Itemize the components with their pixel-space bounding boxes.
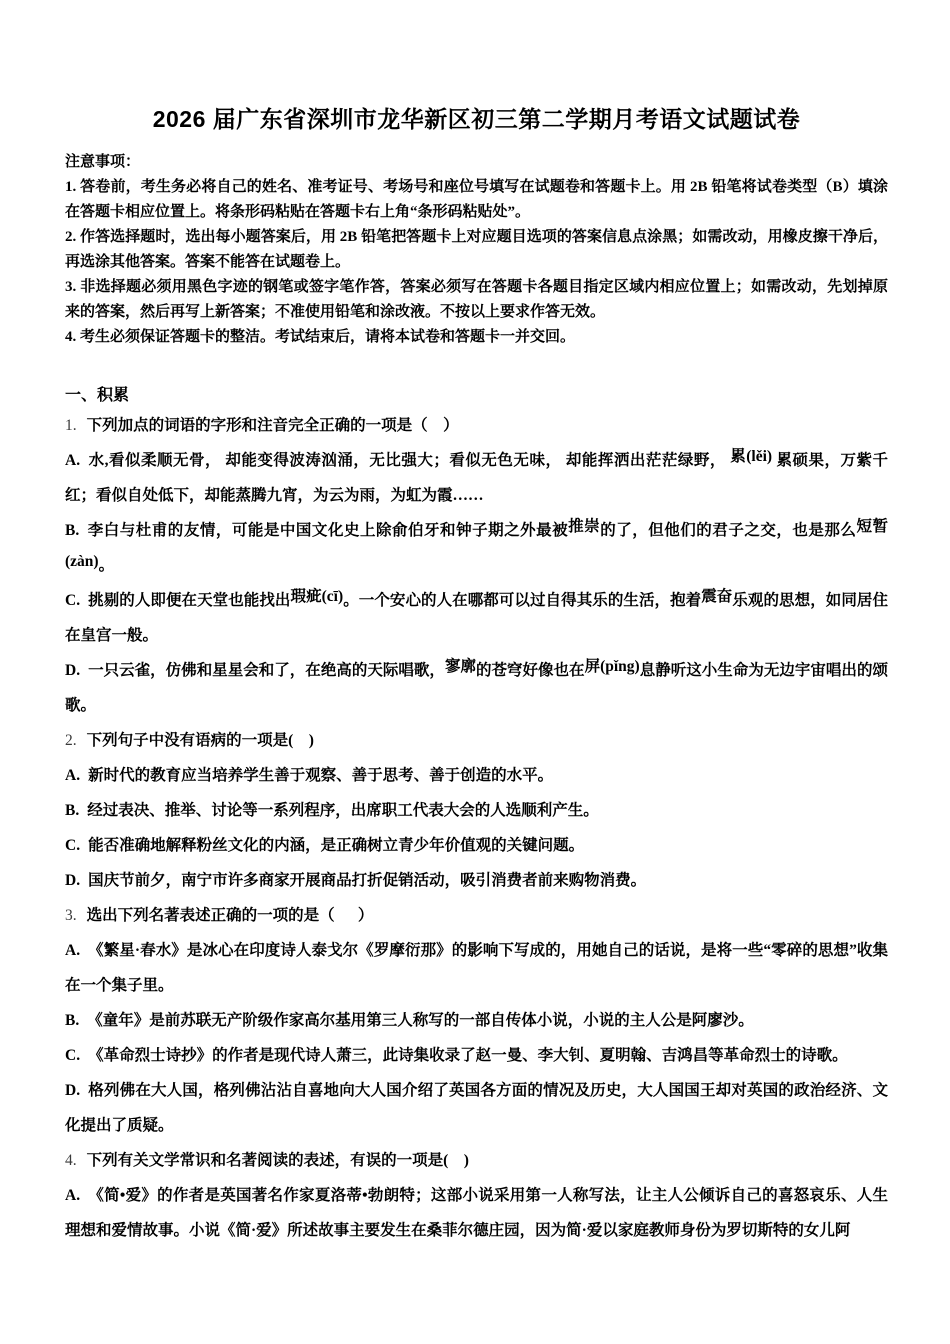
emphasized-word: 累(lěi)	[730, 448, 772, 465]
option-c-label: C.	[65, 592, 80, 609]
question-4: 4.下列有关文学常识和名著阅读的表述，有误的一项是( ) A.《简•爱》的作者是…	[65, 1143, 888, 1248]
question-1-stem-text: 下列加点的词语的字形和注音完全正确的一项是（ ）	[87, 417, 459, 434]
option-text: 《繁星·春水》是冰心在印度诗人泰戈尔《罗摩衍那》的影响下写成的，用她自己的话说，…	[65, 942, 888, 994]
option-b-label: B.	[65, 802, 79, 819]
option-c-label: C.	[65, 1047, 80, 1064]
notice-item-1: 1. 答卷前，考生务必将自己的姓名、准考证号、考场号和座位号填写在试题卷和答题卡…	[65, 175, 888, 225]
option-b-label: B.	[65, 522, 79, 539]
emphasized-word: 屏(pǐng)	[585, 658, 640, 675]
option-text: 新时代的教育应当培养学生善于观察、善于思考、善于创造的水平。	[88, 767, 553, 784]
option-text: 挑剔的人即便在天堂也能找出	[88, 592, 290, 609]
notice-item-3: 3. 非选择题必须用黑色字迹的钢笔或签字笔作答，答案必须写在答题卡各题目指定区域…	[65, 275, 888, 325]
emphasized-word: 震奋	[701, 588, 732, 605]
option-text: 水,看似柔顺无骨， 却能变得波涛汹涌，无比强大；看似无色无味， 却能挥洒出茫茫绿…	[88, 452, 730, 469]
option-a-label: A.	[65, 452, 80, 469]
question-3-stem-text: 选出下列名著表述正确的一项的是（ ）	[87, 907, 374, 924]
emphasized-word: 寥廓	[445, 658, 476, 675]
option-text: 能否准确地解释粉丝文化的内涵，是正确树立青少年价值观的关键问题。	[88, 837, 584, 854]
question-3-number: 3.	[65, 907, 77, 924]
question-2-option-a: A.新时代的教育应当培养学生善于观察、善于思考、善于创造的水平。	[65, 758, 888, 793]
option-text: 一只云雀，仿佛和星星会和了，在绝高的天际唱歌，	[88, 662, 445, 679]
question-2-option-d: D.国庆节前夕，南宁市许多商家开展商品打折促销活动，吸引消费者前来购物消费。	[65, 863, 888, 898]
exam-title: 2026 届广东省深圳市龙华新区初三第二学期月考语文试题试卷	[65, 104, 888, 134]
question-3-option-c: C.《革命烈士诗抄》的作者是现代诗人萧三，此诗集收录了赵一曼、李大钊、夏明翰、吉…	[65, 1038, 888, 1073]
notice-item-2: 2. 作答选择题时，选出每小题答案后，用 2B 铅笔把答题卡上对应题目选项的答案…	[65, 225, 888, 275]
question-2: 2.下列句子中没有语病的一项是( ) A.新时代的教育应当培养学生善于观察、善于…	[65, 723, 888, 898]
option-a-label: A.	[65, 1187, 80, 1204]
option-text: 的苍穹好像也在	[476, 662, 585, 679]
option-text: 《童年》是前苏联无产阶级作家高尔基用第三人称写的一部自传体小说，小说的主人公是阿…	[87, 1012, 754, 1029]
option-text: 经过表决、推举、讨论等一系列程序，出席职工代表大会的人选顺利产生。	[87, 802, 599, 819]
question-1-option-a: A.水,看似柔顺无骨， 却能变得波涛汹涌，无比强大；看似无色无味， 却能挥洒出茫…	[65, 443, 888, 513]
question-1: 1.下列加点的词语的字形和注音完全正确的一项是（ ） A.水,看似柔顺无骨， 却…	[65, 408, 888, 723]
emphasized-word: 瑕疵(cī)	[291, 588, 344, 605]
question-1-option-b: B.李白与杜甫的友情，可能是中国文化史上除俞伯牙和钟子期之外最被推崇的了，但他们…	[65, 513, 888, 583]
question-3-option-a: A.《繁星·春水》是冰心在印度诗人泰戈尔《罗摩衍那》的影响下写成的，用她自己的话…	[65, 933, 888, 1003]
option-text: 国庆节前夕，南宁市许多商家开展商品打折促销活动，吸引消费者前来购物消费。	[88, 872, 646, 889]
question-1-stem: 1.下列加点的词语的字形和注音完全正确的一项是（ ）	[65, 408, 888, 443]
question-3-option-b: B.《童年》是前苏联无产阶级作家高尔基用第三人称写的一部自传体小说，小说的主人公…	[65, 1003, 888, 1038]
option-d-label: D.	[65, 662, 80, 679]
question-2-option-c: C.能否准确地解释粉丝文化的内涵，是正确树立青少年价值观的关键问题。	[65, 828, 888, 863]
question-4-option-a: A.《简•爱》的作者是英国著名作家夏洛蒂•勃朗特；这部小说采用第一人称写法，让主…	[65, 1178, 888, 1248]
option-text: 。	[99, 557, 115, 574]
question-2-stem: 2.下列句子中没有语病的一项是( )	[65, 723, 888, 758]
question-2-stem-text: 下列句子中没有语病的一项是( )	[87, 732, 314, 749]
question-4-stem: 4.下列有关文学常识和名著阅读的表述，有误的一项是( )	[65, 1143, 888, 1178]
question-4-number: 4.	[65, 1152, 77, 1169]
option-text: 。一个安心的人在哪都可以过自得其乐的生活，抱着	[343, 592, 701, 609]
question-2-number: 2.	[65, 732, 77, 749]
question-4-stem-text: 下列有关文学常识和名著阅读的表述，有误的一项是( )	[87, 1152, 469, 1169]
exam-page: 2026 届广东省深圳市龙华新区初三第二学期月考语文试题试卷 注意事项： 1. …	[0, 0, 950, 1344]
option-text: 《简•爱》的作者是英国著名作家夏洛蒂•勃朗特；这部小说采用第一人称写法，让主人公…	[65, 1187, 888, 1239]
question-3: 3.选出下列名著表述正确的一项的是（ ） A.《繁星·春水》是冰心在印度诗人泰戈…	[65, 898, 888, 1143]
option-d-label: D.	[65, 872, 80, 889]
option-text: 《革命烈士诗抄》的作者是现代诗人萧三，此诗集收录了赵一曼、李大钊、夏明翰、吉鸿昌…	[88, 1047, 848, 1064]
question-1-number: 1.	[65, 417, 77, 434]
notice-heading: 注意事项：	[65, 150, 888, 175]
notice-item-4: 4. 考生必须保证答题卡的整洁。考试结束后，请将本试卷和答题卡一并交回。	[65, 325, 888, 350]
question-2-option-b: B.经过表决、推举、讨论等一系列程序，出席职工代表大会的人选顺利产生。	[65, 793, 888, 828]
option-a-label: A.	[65, 767, 80, 784]
question-3-option-d: D.格列佛在大人国，格列佛沾沾自喜地向大人国介绍了英国各方面的情况及历史，大人国…	[65, 1073, 888, 1143]
section-heading-accumulation: 一、积累	[65, 383, 888, 408]
option-d-label: D.	[65, 1082, 80, 1099]
option-text: 李白与杜甫的友情，可能是中国文化史上除俞伯牙和钟子期之外最被	[87, 522, 568, 539]
question-3-stem: 3.选出下列名著表述正确的一项的是（ ）	[65, 898, 888, 933]
emphasized-word: 推崇	[568, 518, 600, 535]
option-a-label: A.	[65, 942, 80, 959]
question-1-option-c: C.挑剔的人即便在天堂也能找出瑕疵(cī)。一个安心的人在哪都可以过自得其乐的生…	[65, 583, 888, 653]
option-c-label: C.	[65, 837, 80, 854]
question-1-option-d: D.一只云雀，仿佛和星星会和了，在绝高的天际唱歌，寥廓的苍穹好像也在屏(pǐng…	[65, 653, 888, 723]
option-text: 格列佛在大人国，格列佛沾沾自喜地向大人国介绍了英国各方面的情况及历史，大人国国王…	[65, 1082, 888, 1134]
option-text: 的了，但他们的君子之交，也是那么	[600, 522, 856, 539]
option-b-label: B.	[65, 1012, 79, 1029]
